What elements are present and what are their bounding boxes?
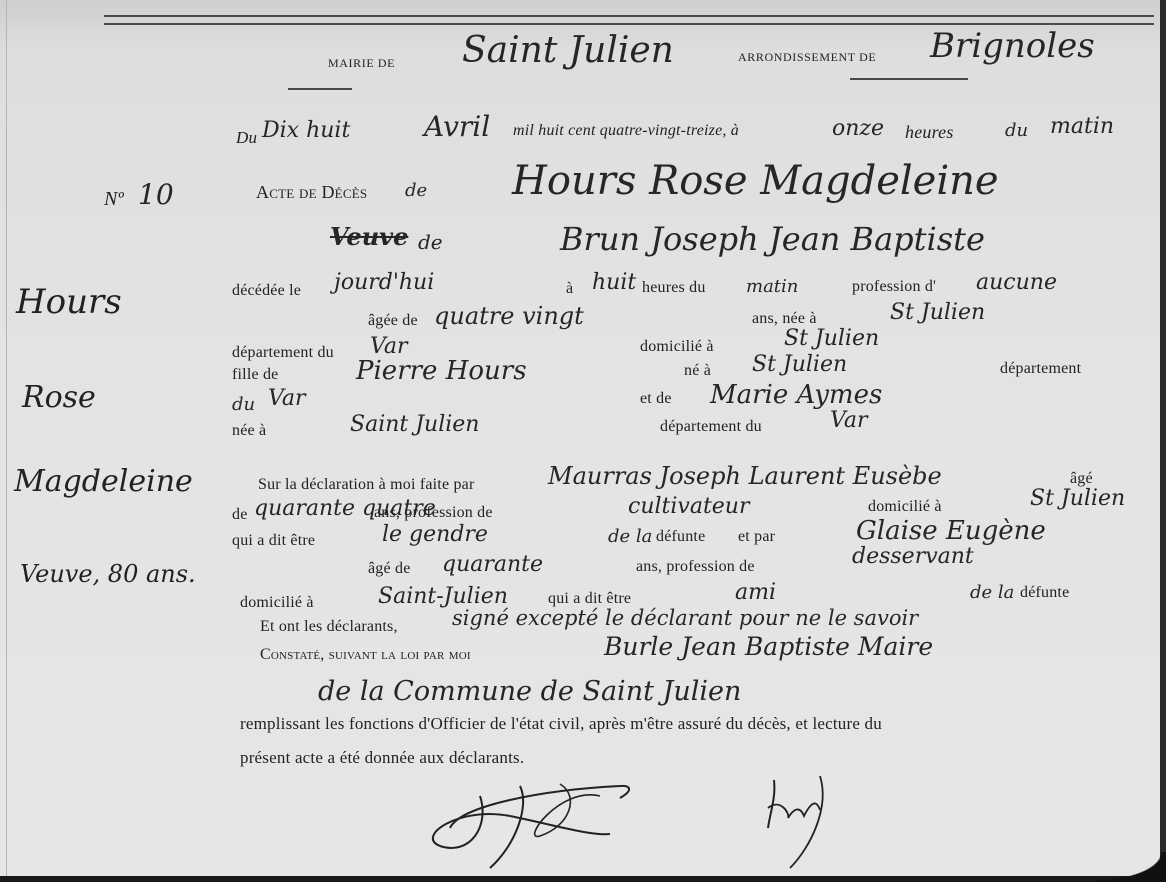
fille-label: fille de <box>232 366 278 384</box>
age-label: âgée de <box>368 312 418 330</box>
death-period: matin <box>746 276 798 297</box>
record-number: 10 <box>138 178 174 211</box>
declarant1-profession-label: ans, profession de <box>374 504 493 522</box>
father-dept-label: département <box>1000 360 1081 378</box>
declarant1-domicile-label: domicilié à <box>868 498 942 516</box>
declarant2-defunte: défunte <box>1020 584 1069 602</box>
top-rule <box>104 15 1154 17</box>
father-name: Pierre Hours <box>356 356 527 386</box>
signature-officer <box>760 768 850 876</box>
date-heures: heures <box>905 122 954 143</box>
date-year: mil huit cent quatre-vingt-treize, à <box>513 122 739 140</box>
death-time: huit <box>592 270 636 295</box>
margin-status-age: Veuve, 80 ans. <box>20 560 196 588</box>
death-at: à <box>566 280 573 298</box>
signed-text: signé excepté le déclarant pour ne le sa… <box>452 606 918 630</box>
mairie-label: MAIRIE DE <box>328 56 395 71</box>
margin-middlename: Magdeleine <box>14 464 193 499</box>
mairie-underline <box>288 88 352 90</box>
deceased-birthplace: St Julien <box>890 300 985 325</box>
formula-line-1: remplissant les fonctions d'Officier de … <box>240 714 882 734</box>
declarant2-age-label: âgé de <box>368 560 411 578</box>
declaration-intro: Sur la déclaration à moi faite par <box>258 476 475 494</box>
signed-label: Et ont les déclarants, <box>260 618 398 636</box>
and-by-label: et par <box>738 528 775 546</box>
death-date: jourd'hui <box>334 270 434 295</box>
record-title-suffix: de <box>405 180 427 201</box>
declarant2-domicile-label: domicilié à <box>240 594 314 612</box>
declarant1-profession: cultivateur <box>628 494 750 519</box>
mother-dept-label: département du <box>660 418 762 436</box>
page-corner-shadow <box>1096 852 1166 882</box>
commune-text: de la Commune de Saint Julien <box>318 676 741 707</box>
mother-name: Marie Aymes <box>710 380 882 410</box>
date-period: matin <box>1050 114 1114 139</box>
status-of: de <box>418 230 443 254</box>
deceased-profession: aucune <box>976 270 1057 295</box>
deceased-age: quatre vingt <box>434 302 584 330</box>
officer-name: Burle Jean Baptiste Maire <box>604 632 933 661</box>
arrondissement-underline <box>850 78 968 80</box>
declarant1-name: Maurras Joseph Laurent Eusèbe <box>548 462 942 490</box>
arrondissement-label: ARRONDISSEMENT DE <box>738 50 876 65</box>
record-number-label: Nº <box>104 188 124 211</box>
death-heures: heures du <box>642 279 706 297</box>
margin-firstname: Rose <box>22 380 96 415</box>
declarant1-of: de la <box>608 526 652 547</box>
spouse-name: Brun Joseph Jean Baptiste <box>560 220 985 258</box>
constate-label: Constaté, suivant la loi par moi <box>260 646 471 664</box>
departement-label: département du <box>232 344 334 362</box>
father-born: St Julien <box>752 352 847 377</box>
record-title: Acte de Décès <box>256 182 367 203</box>
declarant2-profession: desservant <box>852 544 974 569</box>
father-born-label: né à <box>684 362 711 380</box>
arrondissement-value: Brignoles <box>930 26 1095 66</box>
formula-line-2: présent acte a été donnée aux déclarants… <box>240 748 524 768</box>
profession-label: profession d' <box>852 278 936 296</box>
declarant1-defunte: défunte <box>656 528 705 546</box>
domicile-label: domicilié à <box>640 338 714 356</box>
declarant1-age-prefix: de <box>232 506 248 524</box>
deceased-status: Veuve <box>330 222 408 251</box>
declarant2-profession-label: ans, profession de <box>636 558 755 576</box>
declarant1-domicile: St Julien <box>1030 486 1125 511</box>
father-dept: Var <box>268 386 306 411</box>
date-du: du <box>1005 120 1028 141</box>
declarant1-relation-label: qui a dit être <box>232 532 315 550</box>
mother-label: et de <box>640 390 672 408</box>
decede-label: décédée le <box>232 282 301 300</box>
page-edge-bottom <box>0 876 1166 882</box>
declarant2-relation: ami <box>735 580 776 605</box>
top-rule-2 <box>104 23 1154 25</box>
declarant2-age: quarante <box>442 552 543 577</box>
mairie-value: Saint Julien <box>462 30 674 71</box>
page-edge-right <box>1160 0 1166 882</box>
mother-dept: Var <box>830 408 868 433</box>
date-prefix: Du <box>236 128 257 148</box>
margin-surname: Hours <box>16 282 122 322</box>
declarant1-relation: le gendre <box>382 522 488 547</box>
register-page: MAIRIE DE Saint Julien ARRONDISSEMENT DE… <box>0 0 1160 876</box>
father-dept-prefix: du <box>232 394 255 415</box>
date-hour: onze <box>832 116 884 141</box>
declarant2-name: Glaise Eugène <box>856 516 1046 546</box>
deceased-domicile: St Julien <box>784 326 879 351</box>
signature-declarant <box>420 776 660 876</box>
mother-born-label: née à <box>232 422 266 440</box>
declarant2-of: de la <box>970 582 1014 603</box>
date-day: Dix huit <box>262 118 350 143</box>
margin-line <box>6 0 7 876</box>
date-month: Avril <box>424 110 490 143</box>
deceased-name: Hours Rose Magdeleine <box>512 158 999 204</box>
mother-born: Saint Julien <box>350 412 479 437</box>
